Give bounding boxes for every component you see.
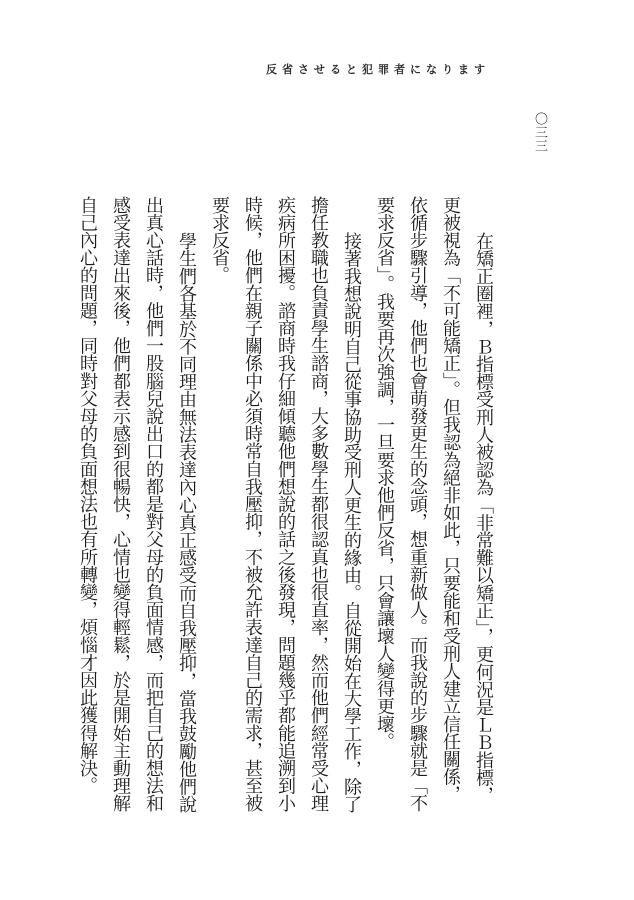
body-text: 在矯正圈裡，Ｂ指標受刑人被認為「非常難以矯正」，更何況是ＬＢ指標，更被視為「不可… bbox=[71, 196, 500, 818]
running-title: 反省させると犯罪者になります bbox=[266, 61, 490, 77]
paragraph-2: 接著我想說明自己從事協助受刑人更生的緣由。自從開始在大學工作，除了擔任教職也負責… bbox=[203, 196, 368, 818]
book-page: 反省させると犯罪者になります 〇三三 在矯正圈裡，Ｂ指標受刑人被認為「非常難以矯… bbox=[0, 0, 634, 900]
paragraph-1: 在矯正圈裡，Ｂ指標受刑人被認為「非常難以矯正」，更何況是ＬＢ指標，更被視為「不可… bbox=[368, 196, 500, 818]
paragraph-3: 學生們各基於不同理由無法表達內心真正感受而自我壓抑，當我鼓勵他們說出真心話時，他… bbox=[71, 196, 203, 818]
page-number: 〇三三 bbox=[532, 112, 548, 153]
